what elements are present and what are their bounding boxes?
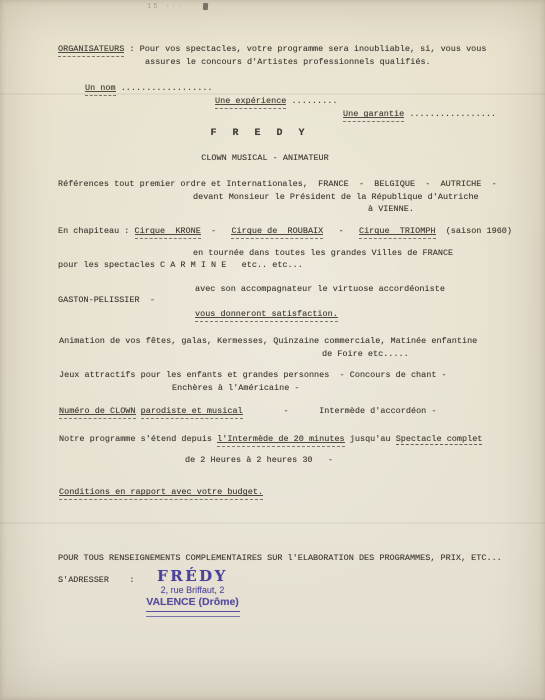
numero-clown-text: Numéro de CLOWN [59, 406, 136, 416]
stamp-name: FRÉDY [130, 571, 255, 582]
line-animation-1: Animation de vos fêtes, galas, Kermesses… [59, 336, 477, 347]
une-garantie-dots: ................. [404, 109, 496, 119]
paper-fold-crease-bottom [0, 522, 545, 524]
cirque-triomph: Cirque TRIOMPH [359, 226, 436, 236]
stamp-city: VALENCE (Drôme) [130, 597, 255, 608]
page-subtitle: CLOWN MUSICAL - ANIMATEUR [0, 153, 530, 164]
line-organisateurs-2: assures le concours d'Artistes professio… [145, 57, 431, 68]
pencil-note: 15 ··· [147, 2, 184, 13]
programme-mid: jusqu'au [345, 434, 396, 444]
parodiste-musical-text: parodiste et musical [141, 406, 243, 416]
line-jeux-1: Jeux attractifs pour les enfants et gran… [59, 370, 447, 381]
chapiteau-suffix: (saison 1960) [436, 226, 513, 236]
conditions-text: Conditions en rapport avec votre budget. [59, 487, 263, 497]
chapiteau-prefix: En chapiteau : [58, 226, 135, 236]
line-references-3: à VIENNE. [368, 204, 414, 215]
line-gaston-pelissier: GASTON-PELISSIER - [58, 295, 155, 306]
line-animation-2: de Foire etc..... [322, 349, 409, 360]
ink-mark [203, 3, 208, 10]
une-experience-dots: ......... [286, 96, 337, 106]
satisfaction-text: vous donneront satisfaction. [195, 309, 338, 319]
line-conditions: Conditions en rapport avec votre budget. [59, 487, 263, 498]
line-accompagnateur: avec son accompagnateur le virtuose acco… [195, 284, 445, 295]
organisateurs-separator: : [124, 44, 139, 54]
line-renseignements: POUR TOUS RENSEIGNEMENTS COMPLEMENTAIRES… [58, 553, 502, 564]
line-organisateurs: ORGANISATEURS : Pour vos spectacles, vot… [58, 44, 486, 55]
line-une-experience: Une expérience ......... [215, 96, 337, 107]
chapiteau-dash-1: - [201, 226, 232, 236]
line-satisfaction: vous donneront satisfaction. [195, 309, 338, 320]
stamp-street-address: 2, rue Briffaut, 2 [130, 585, 255, 596]
line-references-2: devant Monsieur le Président de la Répub… [193, 192, 479, 203]
cirque-krone: Cirque KRONE [135, 226, 201, 236]
line-chapiteau: En chapiteau : Cirque KRONE - Cirque de … [58, 226, 512, 237]
cirque-roubaix: Cirque de ROUBAIX [231, 226, 323, 236]
une-experience-label: Une expérience [215, 96, 286, 106]
une-garantie-label: Une garantie [343, 109, 404, 119]
line-jeux-2: Enchères à l'Américaine - [172, 383, 300, 394]
spectacle-complet: Spectacle complet [396, 434, 483, 445]
line-references-1: Références tout premier ordre et Interna… [58, 179, 497, 190]
intermede-accordeon-text: - Intermède d'accordéon - [243, 406, 437, 416]
un-nom-dots: .................. [116, 83, 213, 93]
line-une-garantie: Une garantie ................. [343, 109, 496, 120]
un-nom-label: Un nom [85, 83, 116, 93]
intermede-20-minutes: l'Intermède de 20 minutes [217, 434, 345, 444]
line-tournee: en tournée dans toutes les grandes Ville… [193, 248, 453, 259]
programme-prefix: Notre programme s'étend depuis [59, 434, 217, 444]
scanned-letter-page: 15 ··· ORGANISATEURS : Pour vos spectacl… [0, 0, 545, 700]
line-un-nom: Un nom .................. [85, 83, 213, 94]
address-stamp: FRÉDY 2, rue Briffaut, 2 VALENCE (Drôme) [130, 571, 255, 617]
line-sadresser: S'ADRESSER : [58, 575, 135, 586]
line-spectacles-carmine: pour les spectacles C A R M I N E etc.. … [58, 260, 303, 271]
organisateurs-heading: ORGANISATEURS [58, 44, 124, 54]
line-duree: de 2 Heures à 2 heures 30 - [185, 455, 333, 466]
page-title: F R E D Y [0, 128, 520, 139]
line-programme: Notre programme s'étend depuis l'Intermè… [59, 434, 482, 445]
stamp-underline-bar [146, 611, 240, 617]
paper-fold-crease-top [0, 93, 545, 95]
line-numero-clown: Numéro de CLOWN parodiste et musical - I… [59, 406, 437, 417]
organisateurs-text: Pour vos spectacles, votre programme ser… [140, 44, 487, 54]
chapiteau-dash-2: - [323, 226, 359, 236]
